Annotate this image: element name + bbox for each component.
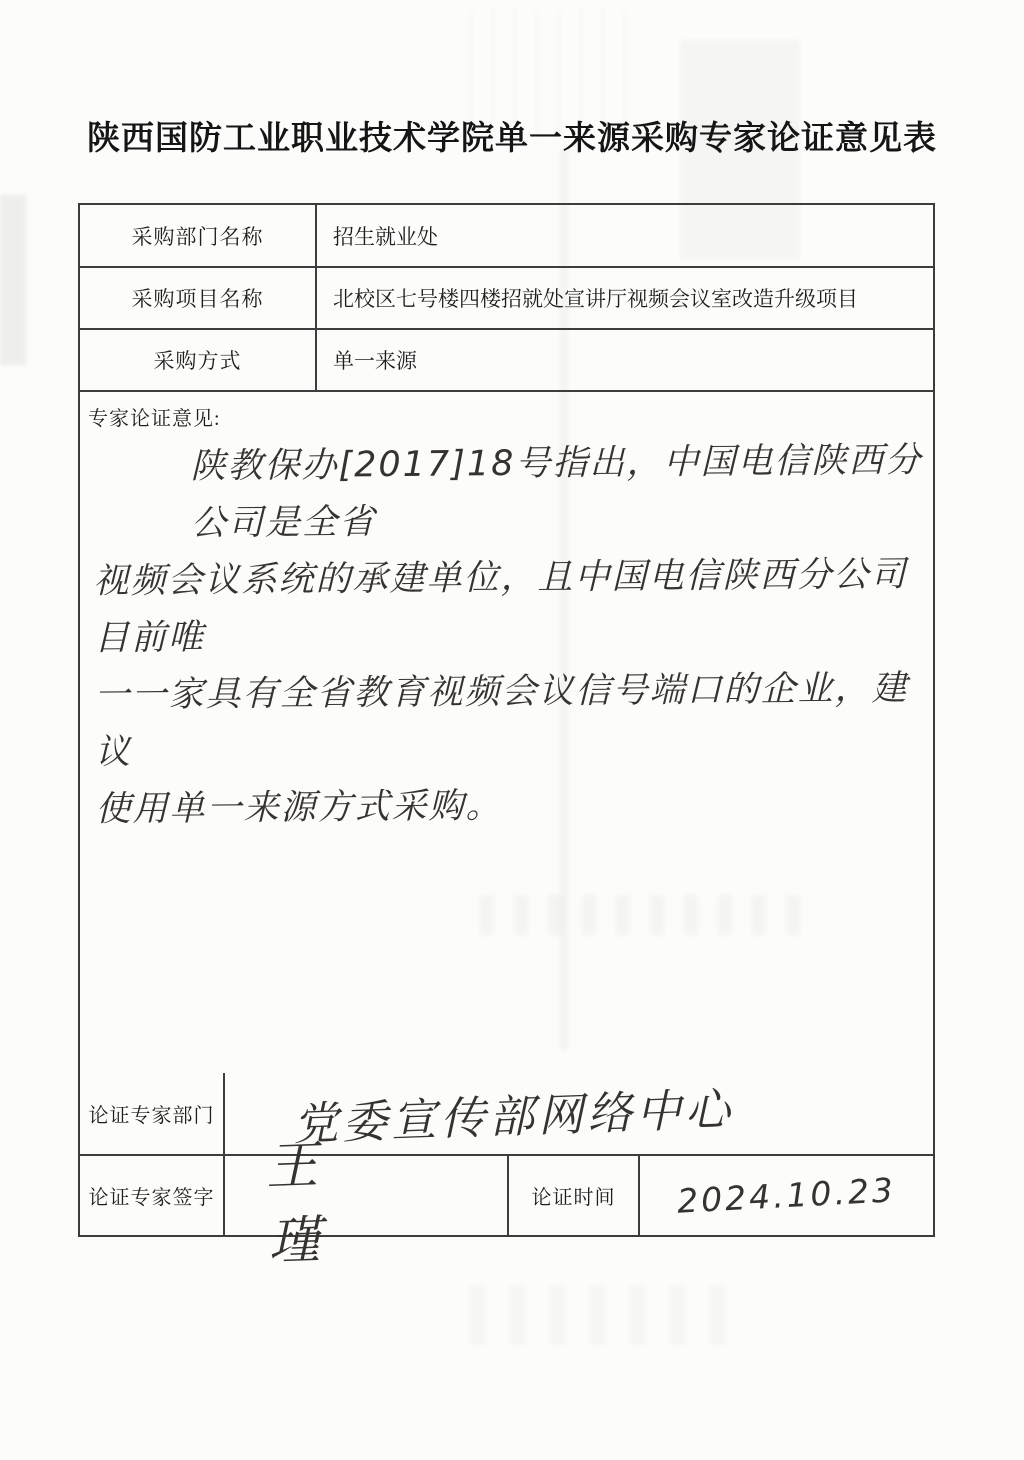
review-time-handwriting: 2024.10.23: [676, 1170, 897, 1220]
expert-signature-label: 论证专家签字: [80, 1156, 225, 1235]
document-title: 陕西国防工业职业技术学院单一来源采购专家论证意见表: [0, 112, 1024, 159]
opinion-line: 视频会议系统的承建单位，且中国电信陕西分公司目前唯: [93, 546, 931, 667]
scan-artifact: [470, 1285, 730, 1345]
expert-opinion-cell: 专家论证意见: 陕教保办[2017]18号指出，中国电信陕西分公司是全省 视频会…: [80, 390, 933, 1073]
procurement-department-value: 招生就业处: [317, 205, 933, 266]
project-name-value: 北校区七号楼四楼招就处宣讲厅视频会议室改造升级项目: [317, 268, 933, 328]
expert-opinion-label: 专家论证意见:: [88, 402, 221, 431]
procurement-department-row: 采购部门名称 招生就业处: [80, 205, 933, 266]
scanned-document-page: 陕西国防工业职业技术学院单一来源采购专家论证意见表 采购部门名称 招生就业处 采…: [0, 0, 1024, 1460]
opinion-line: 陕教保办[2017]18号指出，中国电信陕西分公司是全省: [92, 432, 930, 553]
review-time-cell: 2024.10.23: [640, 1156, 933, 1235]
expert-department-row: 论证专家部门 党委宣传部网络中心: [80, 1073, 933, 1154]
review-time-label: 论证时间: [509, 1156, 640, 1235]
form-table: 采购部门名称 招生就业处 采购项目名称 北校区七号楼四楼招就处宣讲厅视频会议室改…: [78, 203, 935, 1237]
project-name-row: 采购项目名称 北校区七号楼四楼招就处宣讲厅视频会议室改造升级项目: [80, 266, 933, 328]
procurement-method-value: 单一来源: [317, 330, 933, 390]
procurement-method-row: 采购方式 单一来源: [80, 328, 933, 390]
expert-signature-handwriting: 王 瑾: [222, 1116, 509, 1276]
opinion-line: 一一家具有全省教育视频会议信号端口的企业，建议: [94, 660, 932, 781]
project-name-label: 采购项目名称: [80, 268, 317, 328]
procurement-method-label: 采购方式: [80, 330, 317, 390]
procurement-department-label: 采购部门名称: [80, 205, 317, 266]
opinion-line: 使用单一来源方式采购。: [95, 774, 932, 838]
expert-signature-row: 论证专家签字 王 瑾 论证时间 2024.10.23: [80, 1154, 933, 1235]
expert-signature-cell: 王 瑾: [225, 1156, 509, 1235]
scan-artifact: [0, 195, 26, 365]
expert-department-label: 论证专家部门: [80, 1073, 225, 1154]
expert-opinion-handwriting: 陕教保办[2017]18号指出，中国电信陕西分公司是全省 视频会议系统的承建单位…: [92, 432, 932, 838]
